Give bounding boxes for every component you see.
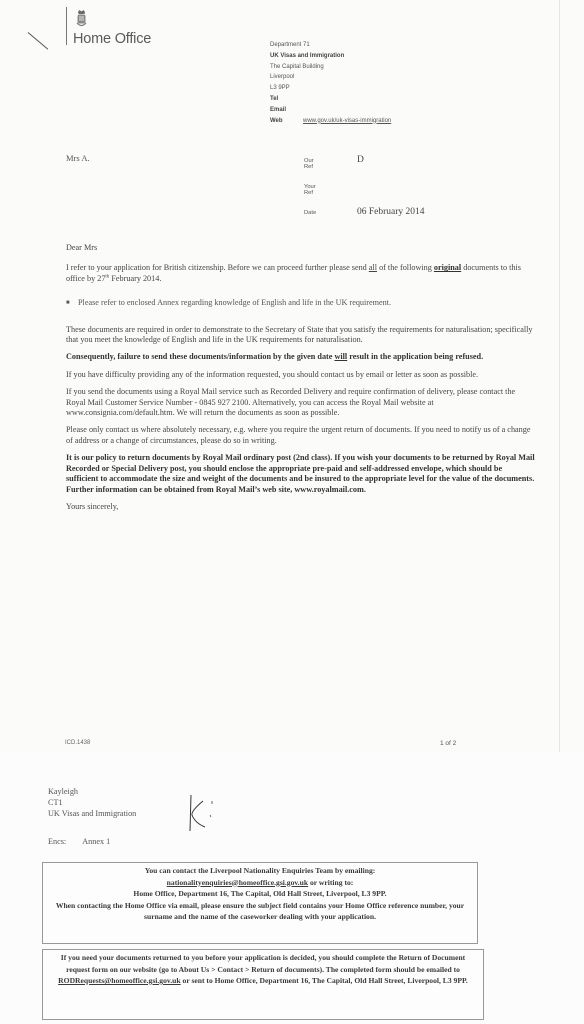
contact-intro: You can contact the Liverpool Nationalit…	[49, 865, 471, 877]
intro-text: February 2014.	[109, 274, 161, 283]
page-edge	[559, 0, 560, 752]
nationality-enquiries-email-link[interactable]: nationalityenquiries@homeoffice.gsi.gov.…	[167, 878, 308, 887]
difficulty-paragraph: If you have difficulty providing any of …	[66, 370, 536, 380]
rod-requests-email-link[interactable]: RODRequests@homeoffice.gsi.gov.uk	[58, 976, 180, 985]
handwritten-signature-icon	[185, 793, 225, 833]
contact-note: When contacting the Home Office via emai…	[49, 900, 471, 923]
policy-paragraph: It is our policy to return documents by …	[66, 453, 536, 495]
return-documents-box: If you need your documents returned to y…	[42, 949, 484, 1020]
recipient-name: Mrs A.	[66, 153, 90, 163]
consequence-emphasis: will	[334, 352, 347, 361]
requirements-paragraph: These documents are required in order to…	[66, 325, 536, 346]
web-label: Web	[270, 116, 303, 127]
consequence-text: result in the application being refused.	[347, 352, 483, 361]
building: The Capital Building	[270, 62, 391, 73]
staple-mark	[28, 32, 49, 49]
contact-email-line: nationalityenquiries@homeoffice.gsi.gov.…	[49, 877, 471, 889]
intro-text: I refer to your application for British …	[66, 263, 369, 272]
contact-email-suffix: or writing to:	[308, 878, 353, 887]
our-ref-label: Our Ref	[304, 158, 314, 170]
contact-address: Home Office, Department 16, The Capital,…	[49, 888, 471, 900]
consequence-text: Consequently, failure to send these docu…	[66, 352, 334, 361]
sender-address: Department 71 UK Visas and Immigration T…	[270, 40, 391, 126]
form-reference: ICD.1438	[65, 740, 90, 746]
division: UK Visas and Immigration	[270, 51, 391, 62]
return-text: If you need your documents returned to y…	[61, 953, 465, 974]
signatory-team: CT1	[48, 798, 136, 809]
date-value: 06 February 2014	[357, 207, 425, 217]
postcode: L3 9PP	[270, 83, 391, 94]
contact-info-box: You can contact the Liverpool Nationalit…	[42, 862, 478, 944]
intro-text: of the following	[377, 263, 434, 272]
department: Department 71	[270, 40, 391, 51]
contact-paragraph: Please only contact us where absolutely …	[66, 425, 536, 446]
tel-label: Tel	[270, 94, 391, 105]
enclosures: Encs: Annex 1	[48, 837, 110, 846]
intro-emphasis-original: original	[434, 263, 461, 272]
bullet-icon: ■	[66, 298, 78, 308]
signatory-division: UK Visas and Immigration	[48, 809, 136, 820]
our-ref-value: D	[357, 155, 364, 165]
royal-mail-paragraph: If you send the documents using a Royal …	[66, 387, 536, 418]
royal-crest-icon	[75, 9, 88, 29]
intro-emphasis-all: all	[369, 263, 377, 272]
email-label: Email	[270, 105, 391, 116]
signatory-name: Kayleigh	[48, 787, 136, 798]
requirement-bullet: ■ Please refer to enclosed Annex regardi…	[66, 298, 536, 308]
bullet-text: Please refer to enclosed Annex regarding…	[78, 298, 391, 308]
web-row: Web www.gov.uk/uk-visas-immigration	[270, 116, 391, 127]
date-label: Date	[304, 210, 316, 216]
consequence-paragraph: Consequently, failure to send these docu…	[66, 352, 536, 362]
return-text-end: or sent to Home Office, Department 16, T…	[181, 976, 468, 985]
enclosures-value: Annex 1	[82, 837, 110, 846]
organisation-name: Home Office	[73, 31, 151, 47]
intro-paragraph: I refer to your application for British …	[66, 263, 536, 284]
salutation: Dear Mrs	[66, 243, 536, 253]
letter-page-1: Home Office Department 71 UK Visas and I…	[0, 0, 584, 752]
closing: Yours sincerely,	[66, 502, 536, 512]
page-number: 1 of 2	[440, 740, 456, 747]
signatory-block: Kayleigh CT1 UK Visas and Immigration	[48, 787, 136, 819]
web-link[interactable]: www.gov.uk/uk-visas-immigration	[303, 116, 391, 127]
enclosures-label: Encs:	[48, 837, 66, 846]
logo-divider	[66, 7, 67, 45]
your-ref-label: Your Ref	[304, 184, 316, 196]
city: Liverpool	[270, 72, 391, 83]
letter-body: Dear Mrs I refer to your application for…	[66, 243, 536, 519]
